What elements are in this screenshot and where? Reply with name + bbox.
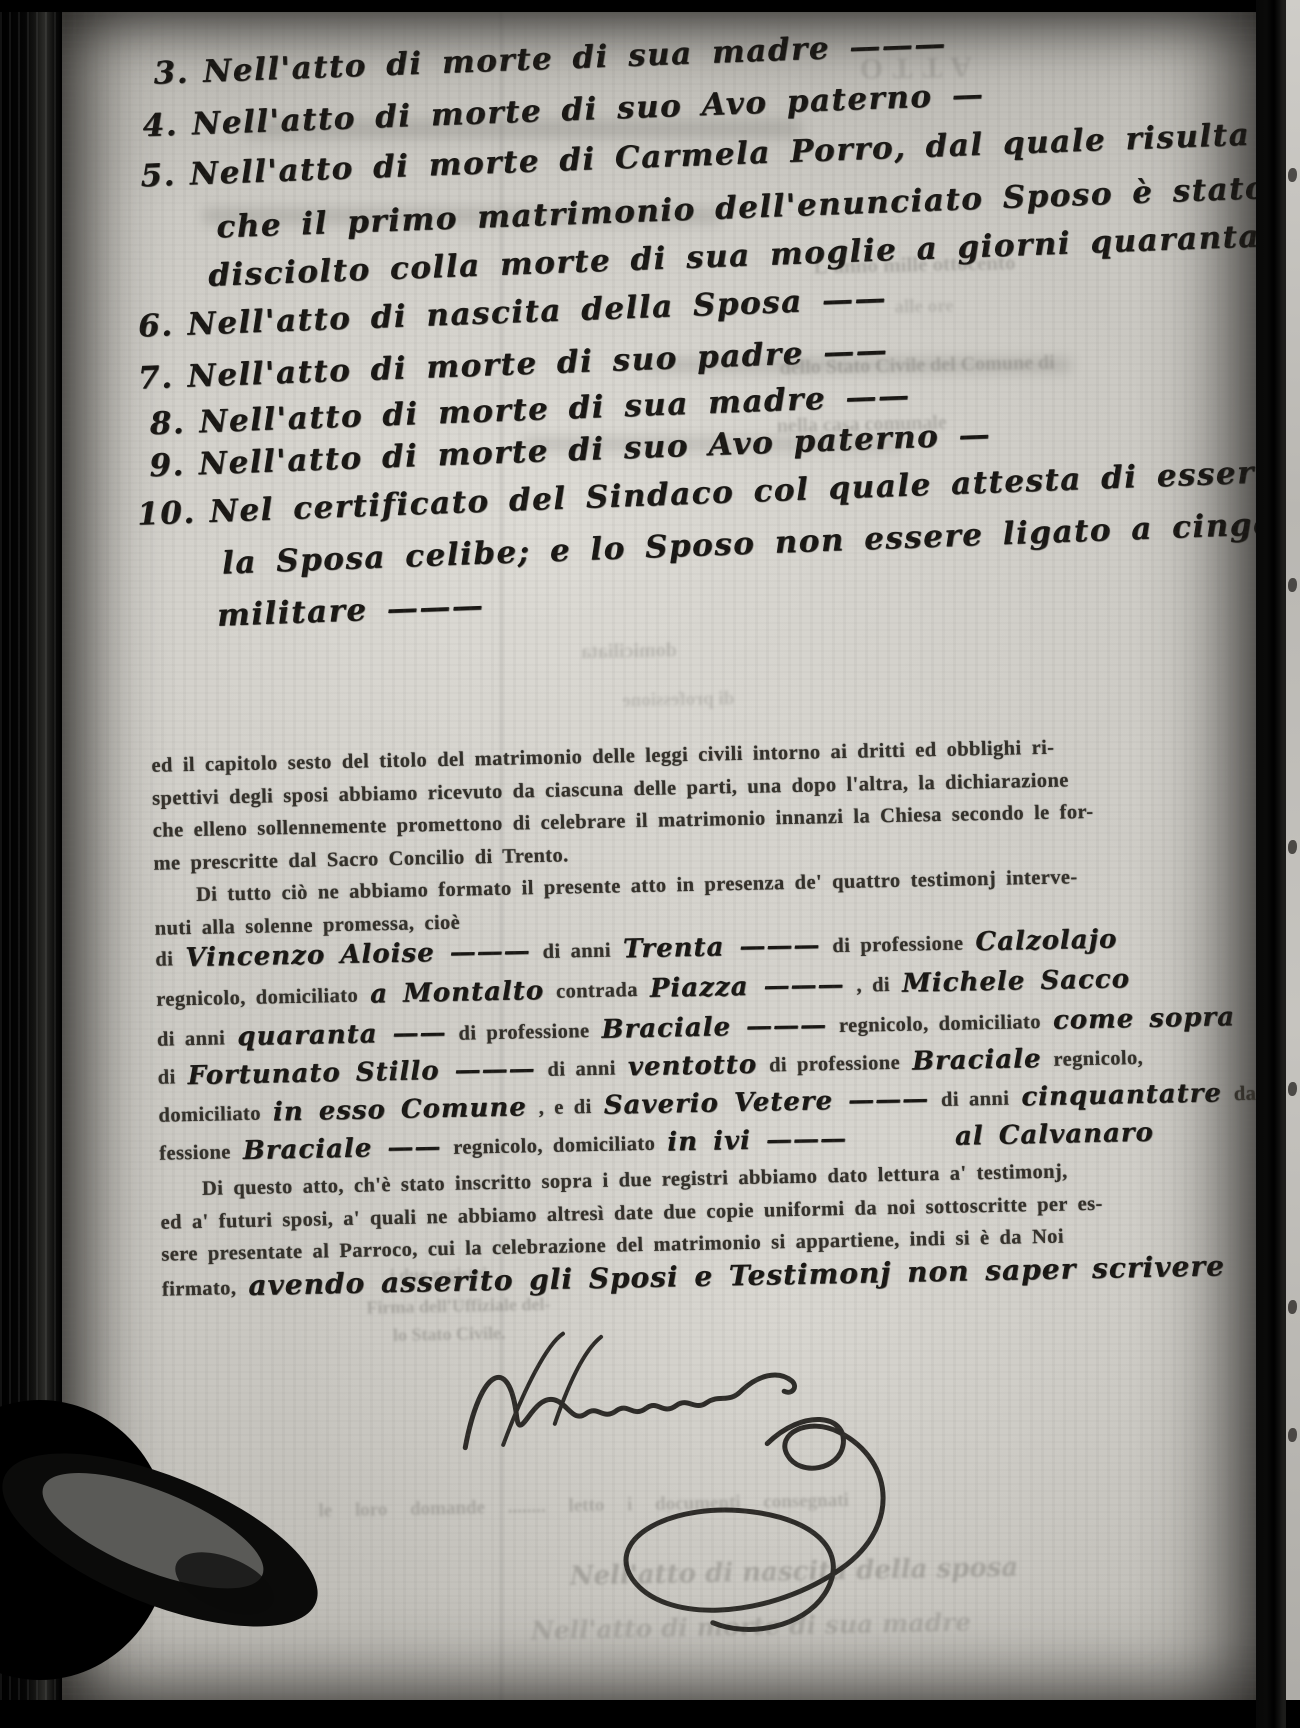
scan-bottom-border xyxy=(0,1700,1300,1728)
handwritten-entry-domicile: a Montalto xyxy=(370,976,545,1009)
book-gutter xyxy=(1256,0,1286,1728)
printed-label: domiciliato xyxy=(158,1094,261,1136)
item-number: 5. xyxy=(140,157,177,194)
handwritten-entry-profession: Calzolajo xyxy=(975,924,1118,957)
handwritten-entry-age: cinquantatre xyxy=(1021,1078,1222,1112)
handwritten-entry-witness-name: Saverio Vetere ——— xyxy=(603,1084,929,1121)
printed-label: di professione xyxy=(769,1043,901,1086)
item-number: 6. xyxy=(137,307,174,344)
item-number: 4. xyxy=(142,107,179,144)
printed-label: , e di xyxy=(538,1087,592,1128)
printed-label: di anni xyxy=(157,1018,226,1059)
printed-label: di anni xyxy=(547,1049,616,1090)
handwritten-entry-place: al Calvanaro xyxy=(955,1118,1154,1152)
handwritten-entry-age: Trenta ——— xyxy=(623,930,821,964)
handwritten-entry-domicile: come sopra xyxy=(1053,1002,1236,1036)
thumb-shadow xyxy=(0,1380,360,1680)
ghost-text: domiciliata xyxy=(581,639,677,664)
next-page-edge xyxy=(1286,0,1300,1700)
list-line: militare ——— xyxy=(216,588,485,634)
printed-label: di anni xyxy=(542,931,611,972)
signature-ascender xyxy=(501,1333,603,1445)
signature-paraph xyxy=(623,1418,885,1632)
scanned-register-page: ATTO L'anno mille ottocento alle ore del… xyxy=(0,0,1300,1728)
ink-speck xyxy=(1288,840,1297,854)
printed-label: contrada xyxy=(556,970,639,1012)
handwritten-entry-profession: Braciale xyxy=(912,1044,1042,1077)
item-number: 8. xyxy=(149,405,186,442)
printed-label: di professione xyxy=(458,1011,590,1054)
scan-top-border xyxy=(0,0,1300,12)
ink-speck xyxy=(1288,578,1297,592)
printed-label: regnicolo, domiciliato xyxy=(839,1002,1042,1046)
item-number: 9. xyxy=(149,447,186,484)
official-signature xyxy=(435,1317,1102,1690)
signature-flourish xyxy=(464,1371,796,1447)
printed-label: regnicolo, xyxy=(1053,1038,1143,1080)
ink-speck xyxy=(1288,1428,1297,1442)
printed-paragraph-marriage-promise: ed il capitolo sesto del titolo del matr… xyxy=(151,729,1195,945)
item-number: 3. xyxy=(153,55,190,92)
item-number: 10. xyxy=(136,495,196,533)
ghost-text: di professione xyxy=(622,688,735,712)
handwritten-entry-witness-name: Vincenzo Aloise ——— xyxy=(185,936,531,973)
handwritten-entry-domicile: in esso Comune xyxy=(273,1092,527,1127)
printed-label: di anni xyxy=(941,1079,1010,1120)
handwritten-entry-profession: Braciale —— xyxy=(242,1132,441,1166)
printed-label: da pro- xyxy=(1233,1073,1256,1114)
handwritten-entry-witness-name: Fortunato Stillo ——— xyxy=(187,1054,536,1091)
printed-label: di xyxy=(157,1057,176,1097)
handwritten-entry-age: quaranta —— xyxy=(237,1018,447,1052)
handwritten-entry-age: ventotto xyxy=(628,1050,758,1083)
ink-speck xyxy=(1288,1082,1297,1096)
printed-label: , di xyxy=(856,965,890,1006)
printed-label: firmato, xyxy=(162,1268,237,1309)
printed-label: regnicolo, domiciliato xyxy=(156,976,359,1020)
printed-label: regnicolo, domiciliato xyxy=(453,1124,656,1168)
ink-speck xyxy=(1288,168,1297,182)
ink-speck xyxy=(1288,1300,1297,1314)
ghost-text: alle ore xyxy=(894,296,954,319)
handwritten-entry-profession: Braciale ——— xyxy=(601,1010,827,1045)
handwritten-entry-witness-name: Michele Sacco xyxy=(902,964,1131,999)
printed-label: di xyxy=(155,939,174,979)
handwritten-entry-domicile: in ivi ——— xyxy=(667,1124,847,1158)
item-text: Nell'atto di morte di sua madre ——— xyxy=(202,26,947,90)
handwritten-entry-contrada: Piazza ——— xyxy=(650,970,845,1004)
printed-label: di professione xyxy=(832,924,964,967)
item-text: militare ——— xyxy=(216,588,485,634)
printed-label: fessione xyxy=(159,1132,231,1173)
item-number: 7. xyxy=(137,359,174,396)
